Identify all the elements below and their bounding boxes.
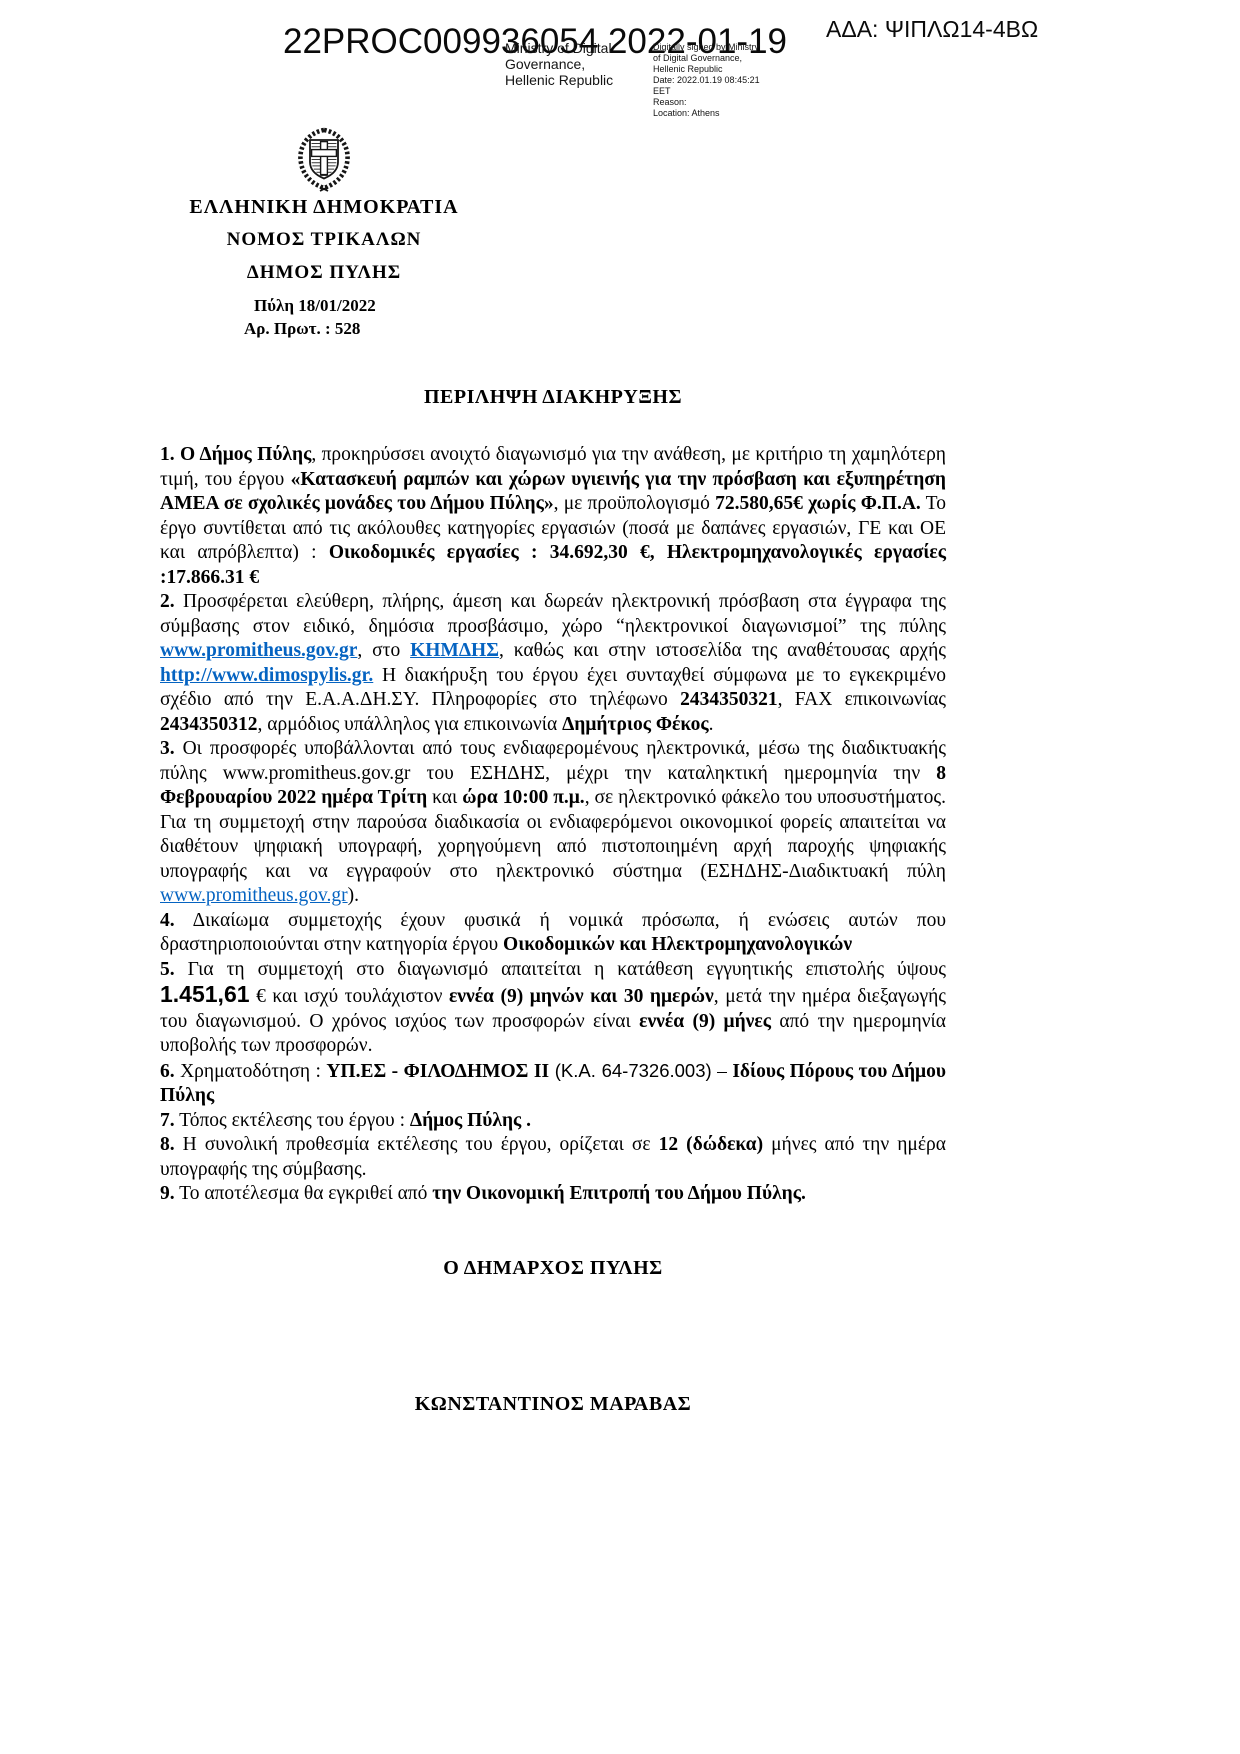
hyperlink[interactable]: http://www.dimospylis.gr. (160, 665, 373, 686)
signoff-role: Ο ΔΗΜΑΡΧΟΣ ΠΥΛΗΣ (160, 1257, 946, 1280)
hyperlink[interactable]: www.promitheus.gov.gr (160, 885, 348, 906)
text-run: 7. (160, 1110, 175, 1131)
letterhead: ΕΛΛΗΝΙΚΗ ΔΗΜΟΚΡΑΤΙΑ ΝΟΜΟΣ ΤΡΙΚΑΛΩΝ ΔΗΜΟΣ… (168, 126, 480, 339)
text-run: Για τη συμμετοχή στο διαγωνισμό απαιτείτ… (175, 959, 946, 980)
text-run: 1. Ο Δήμος Πύλης (160, 444, 311, 465)
signoff-name: ΚΩΝΣΤΑΝΤΙΝΟΣ ΜΑΡΑΒΑΣ (160, 1393, 946, 1416)
letterhead-protocol-number: Αρ. Πρωτ. : 528 (244, 319, 480, 339)
hyperlink[interactable]: ΚΗΜΔΗΣ (410, 640, 499, 661)
document-page: 22PROC009936054 2022-01-19 ΑΔΑ: ΨΙΠΛΩ14-… (0, 0, 1240, 1754)
greek-emblem-icon (168, 126, 480, 192)
text-run: , στο (357, 640, 410, 661)
text-run: 8. (160, 1134, 175, 1155)
document-body: ΠΕΡΙΛΗΨΗ ΔΙΑΚΗΡΥΞΗΣ 1. Ο Δήμος Πύλης, πρ… (160, 386, 946, 1416)
text-run: εννέα (9) μηνών και 30 ημερών (449, 986, 714, 1007)
text-run: 2434350312 (160, 714, 258, 735)
text-run: 72.580,65€ χωρίς Φ.Π.Α. (715, 493, 921, 514)
text-run: Το αποτέλεσμα θα εγκριθεί από (175, 1183, 433, 1204)
letterhead-country: ΕΛΛΗΝΙΚΗ ΔΗΜΟΚΡΑΤΙΑ (168, 196, 480, 219)
letterhead-prefecture: ΝΟΜΟΣ ΤΡΙΚΑΛΩΝ (168, 229, 480, 251)
letterhead-place-date: Πύλη 18/01/2022 (254, 296, 480, 316)
text-run: και (427, 787, 462, 808)
text-run: 4. (160, 910, 175, 931)
text-run: εννέα (9) μήνες (639, 1011, 771, 1032)
text-run: 2. (160, 591, 175, 612)
stamp-details: Digitally signed by Ministry of Digital … (653, 40, 803, 119)
paragraph: 5. Για τη συμμετοχή στο διαγωνισμό απαιτ… (160, 958, 946, 1059)
paragraph: 6. Χρηματοδότηση : ΥΠ.ΕΣ - ΦΙΛΟΔΗΜΟΣ ΙΙ … (160, 1059, 946, 1109)
text-run: Δήμος Πύλης . (410, 1110, 531, 1131)
text-run: Η συνολική προθεσμία εκτέλεσης του έργου… (175, 1134, 659, 1155)
text-run: 6. (160, 1061, 175, 1082)
paragraph: 2. Προσφέρεται ελεύθερη, πλήρης, άμεση κ… (160, 590, 946, 737)
text-run: (Κ.Α. 64-7326.003) (549, 1060, 712, 1081)
stamp-signer: Ministry of Digital Governance, Hellenic… (505, 40, 643, 119)
text-run: ). (348, 885, 359, 906)
text-run: , με προϋπολογισμό (554, 493, 716, 514)
paragraph: 7. Τόπος εκτέλεσης του έργου : Δήμος Πύλ… (160, 1109, 946, 1134)
text-run: 9. (160, 1183, 175, 1204)
paragraph: 3. Οι προσφορές υποβάλλονται από τους εν… (160, 737, 946, 909)
document-title: ΠΕΡΙΛΗΨΗ ΔΙΑΚΗΡΥΞΗΣ (160, 386, 946, 409)
paragraph: 8. Η συνολική προθεσμία εκτέλεσης του έρ… (160, 1133, 946, 1182)
text-run: Προσφέρεται ελεύθερη, πλήρης, άμεση και … (160, 591, 946, 637)
text-run: 2434350321 (680, 689, 778, 710)
text-run: – (712, 1061, 733, 1082)
text-run: Δημήτριος Φέκος (562, 714, 709, 735)
text-run: την Οικονομική Επιτροπή του Δήμου Πύλης. (432, 1183, 806, 1204)
text-run: , αρμόδιος υπάλληλος για επικοινωνία (258, 714, 563, 735)
paragraph: 1. Ο Δήμος Πύλης, προκηρύσσει ανοιχτό δι… (160, 443, 946, 590)
text-run: , καθώς και στην ιστοσελίδα της αναθέτου… (499, 640, 946, 661)
text-run: , FAX επικοινωνίας (778, 689, 946, 710)
text-run: Τόπος εκτέλεσης του έργου : (175, 1110, 410, 1131)
text-run: 1.451,61 (160, 981, 250, 1007)
paragraph: 9. Το αποτέλεσμα θα εγκριθεί από την Οικ… (160, 1182, 946, 1207)
digital-signature-stamp: Ministry of Digital Governance, Hellenic… (505, 40, 803, 119)
hyperlink[interactable]: www.promitheus.gov.gr (160, 640, 357, 661)
document-body-paragraphs: 1. Ο Δήμος Πύλης, προκηρύσσει ανοιχτό δι… (160, 443, 946, 1207)
text-run: € και ισχύ τουλάχιστον (250, 986, 449, 1007)
text-run: Οικοδομικών και Ηλεκτρομηχανολογικών (503, 934, 852, 955)
text-run: 12 (δώδεκα) (659, 1134, 764, 1155)
text-run: Οι προσφορές υποβάλλονται από τους ενδια… (160, 738, 946, 784)
ada-code: ΑΔΑ: ΨΙΠΛΩ14-4ΒΩ (826, 16, 1038, 43)
text-run: ώρα 10:00 π.μ. (462, 787, 584, 808)
text-run: . (709, 714, 714, 735)
text-run: 5. (160, 959, 175, 980)
paragraph: 4. Δικαίωμα συμμετοχής έχουν φυσικά ή νο… (160, 909, 946, 958)
text-run: ΥΠ.ΕΣ - ΦΙΛΟΔΗΜΟΣ ΙΙ (326, 1061, 549, 1082)
text-run: 3. (160, 738, 175, 759)
text-run: Χρηματοδότηση : (175, 1061, 327, 1082)
letterhead-municipality: ΔΗΜΟΣ ΠΥΛΗΣ (168, 262, 480, 284)
